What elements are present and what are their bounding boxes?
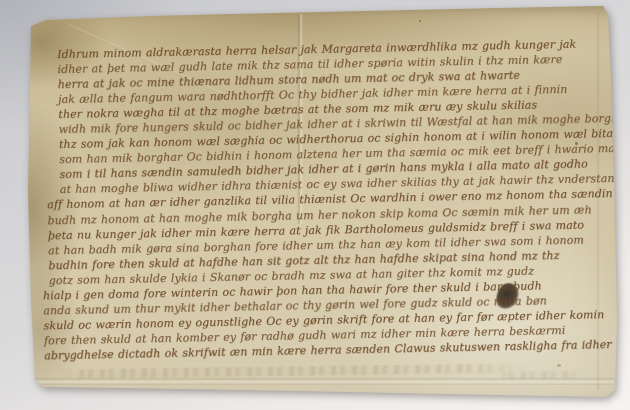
parchment-sheet: Idhrum minom aldrakærasta herra helsar j… bbox=[0, 0, 630, 410]
parchment-document: Idhrum minom aldrakærasta herra helsar j… bbox=[0, 0, 630, 410]
speck bbox=[419, 20, 421, 22]
speck bbox=[557, 364, 561, 367]
manuscript-text: Idhrum minom aldrakærasta herra helsar j… bbox=[57, 36, 603, 363]
photograph: Idhrum minom aldrakærasta herra helsar j… bbox=[0, 0, 630, 410]
faded-text-impression bbox=[500, 370, 580, 379]
